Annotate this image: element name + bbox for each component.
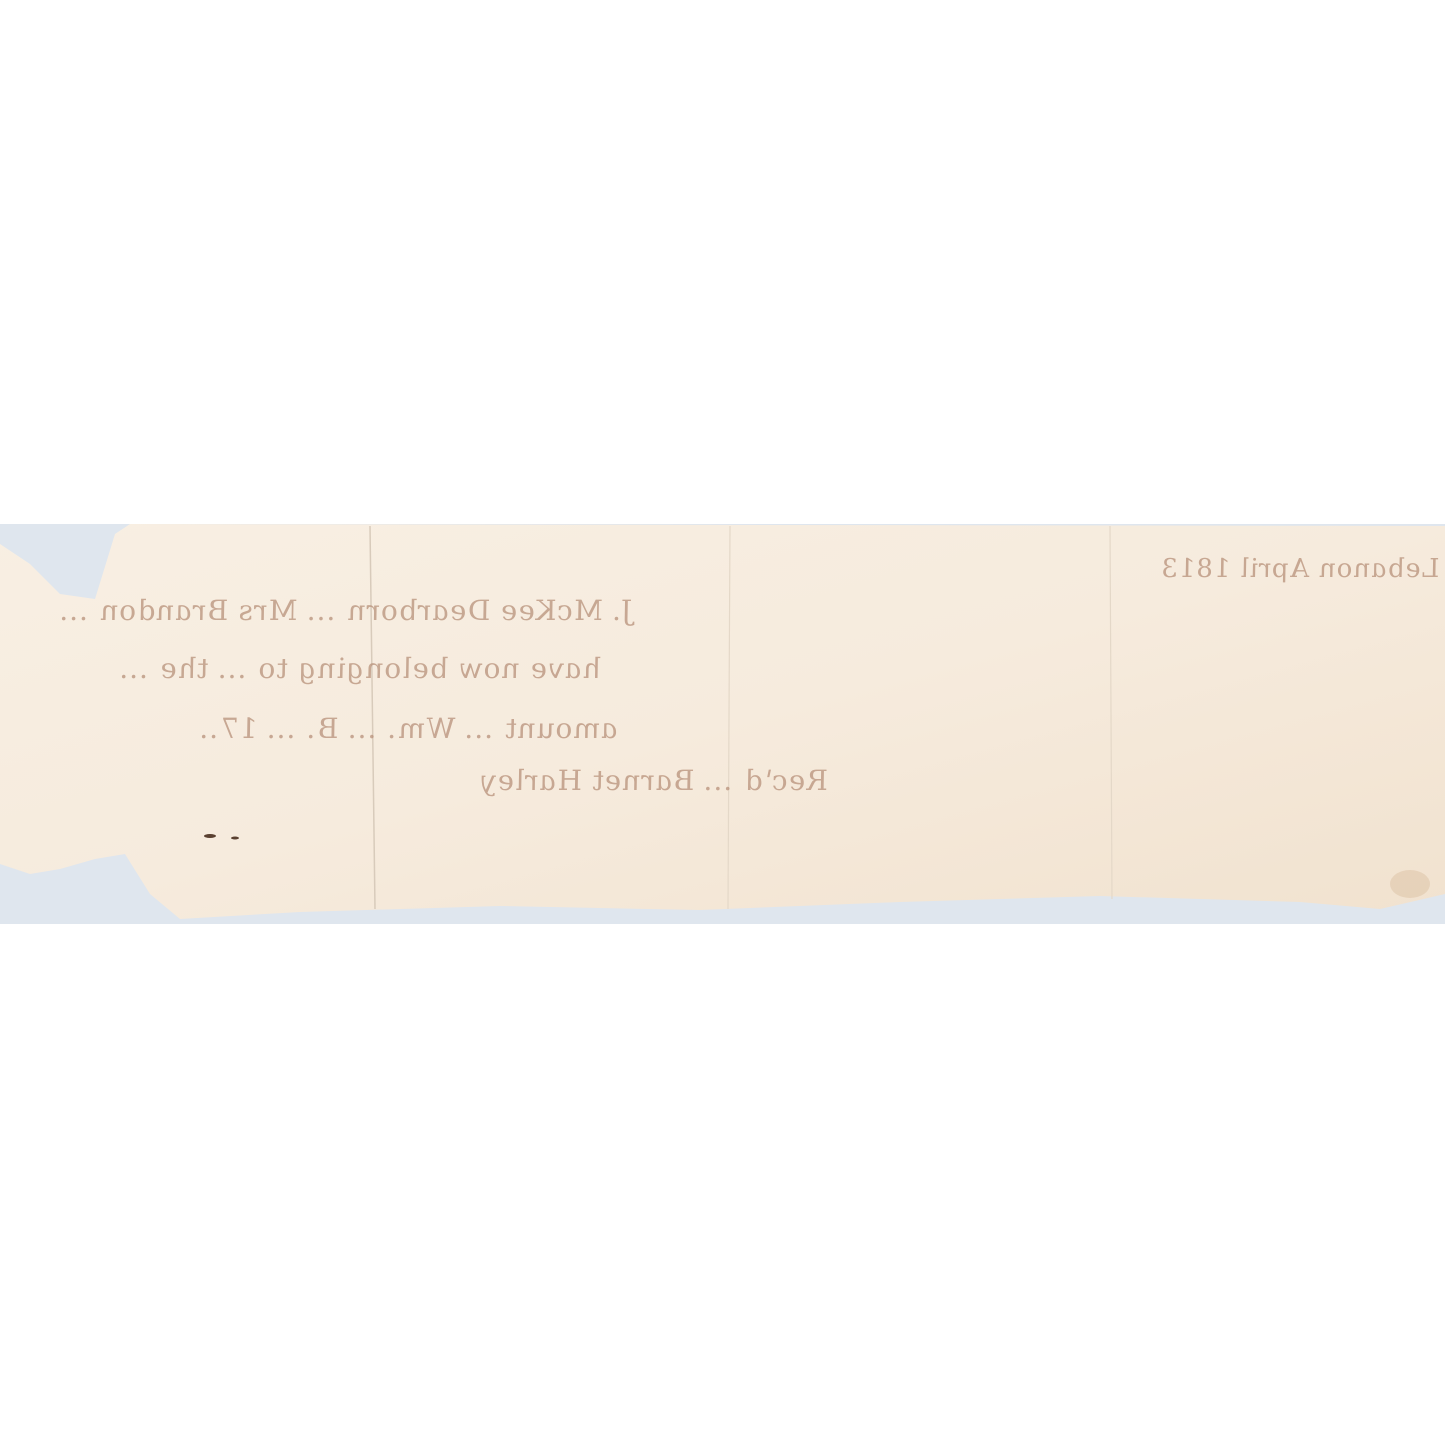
script-line-3: amount ... Wm. ... B. ... 17.. [196,712,621,745]
handwriting: Lebanon April 1813 J. McKee Dearborn ...… [0,524,1445,924]
script-line-2: have now belonging to ... the ... [116,652,604,685]
script-line-date: Lebanon April 1813 [1157,554,1443,584]
script-line-1: J. McKee Dearborn ... Mrs Brandon ... [56,594,636,627]
script-line-4: Rec'd ... Barnet Harley [476,764,831,797]
